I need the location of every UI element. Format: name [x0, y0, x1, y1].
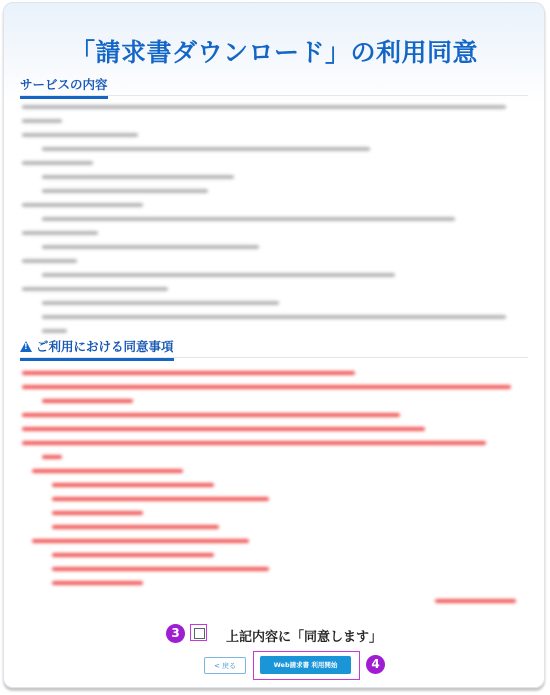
section-heading-text: ご利用における同意事項 [36, 339, 174, 354]
section-heading-service: サービスの内容 [20, 73, 528, 96]
back-button[interactable]: < 戻る [204, 657, 246, 674]
service-description-text [22, 105, 526, 343]
section-heading-terms: ご利用における同意事項 [20, 335, 528, 358]
consent-dialog: 「請求書ダウンロード」の利用同意 サービスの内容 ご利用における同意事項 [3, 2, 545, 688]
step-4-badge: 4 [366, 655, 385, 674]
start-web-invoice-button[interactable]: Web請求書 利用開始 [260, 656, 351, 674]
section-heading-label: サービスの内容 [20, 75, 108, 99]
agree-label[interactable]: 上記内容に「同意します」 [4, 626, 544, 645]
terms-text [22, 371, 526, 613]
page-title: 「請求書ダウンロード」の利用同意 [4, 33, 544, 69]
section-heading-label: ご利用における同意事項 [20, 337, 174, 361]
warning-triangle-icon [20, 341, 32, 352]
